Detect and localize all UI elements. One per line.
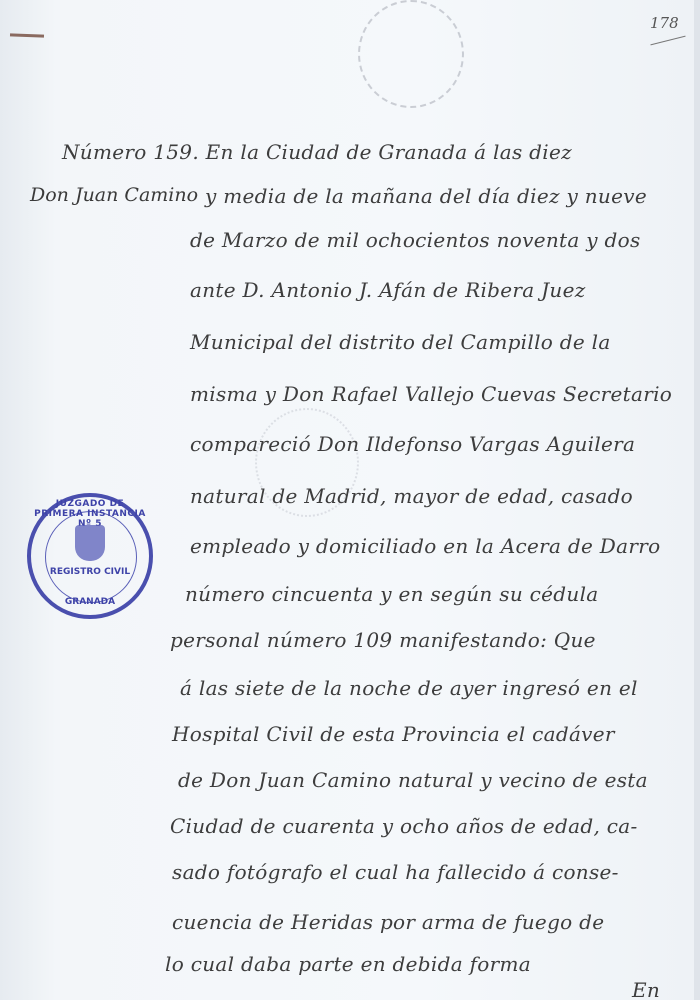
page-edge bbox=[694, 0, 700, 1000]
coat-of-arms-icon bbox=[75, 525, 105, 561]
document-page: 178 JUZGADO DE PRIMERA INSTANCIA Nº 5 RE… bbox=[0, 0, 700, 1000]
text-line: de Don Juan Camino natural y vecino de e… bbox=[178, 768, 648, 792]
folio-number: 178 bbox=[650, 14, 679, 32]
text-line: cuencia de Heridas por arma de fuego de bbox=[172, 910, 604, 934]
text-line: En bbox=[632, 978, 660, 1000]
text-line: de Marzo de mil ochocientos noventa y do… bbox=[190, 228, 641, 252]
text-line: ante D. Antonio J. Afán de Ribera Juez bbox=[190, 278, 586, 302]
text-line: número cincuenta y en según su cédula bbox=[185, 582, 599, 606]
text-line: lo cual daba parte en debida forma bbox=[165, 952, 531, 976]
text-line: natural de Madrid, mayor de edad, casado bbox=[190, 484, 633, 508]
court-stamp: JUZGADO DE PRIMERA INSTANCIA Nº 5 REGIST… bbox=[27, 493, 153, 619]
faded-stamp-top bbox=[358, 0, 464, 108]
text-line: Número 159. En la Ciudad de Granada á la… bbox=[62, 140, 572, 164]
margin-mark bbox=[10, 33, 44, 37]
text-line: sado fotógrafo el cual ha fallecido á co… bbox=[172, 860, 619, 884]
margin-note: Don Juan Camino bbox=[30, 184, 198, 206]
text-line: Ciudad de cuarenta y ocho años de edad, … bbox=[170, 814, 638, 838]
text-line: y media de la mañana del día diez y nuev… bbox=[205, 184, 647, 208]
text-line: misma y Don Rafael Vallejo Cuevas Secret… bbox=[190, 382, 672, 406]
text-line: á las siete de la noche de ayer ingresó … bbox=[180, 676, 638, 700]
text-line: Municipal del distrito del Campillo de l… bbox=[190, 330, 611, 354]
text-line: Hospital Civil de esta Provincia el cadá… bbox=[172, 722, 615, 746]
text-line: compareció Don Ildefonso Vargas Aguilera bbox=[190, 432, 635, 456]
stamp-bottom-text: GRANADA bbox=[31, 597, 149, 607]
text-line: empleado y domiciliado en la Acera de Da… bbox=[190, 534, 660, 558]
text-line: personal número 109 manifestando: Que bbox=[170, 628, 596, 652]
folio-underline bbox=[650, 36, 685, 46]
stamp-middle-text: REGISTRO CIVIL bbox=[31, 567, 149, 577]
